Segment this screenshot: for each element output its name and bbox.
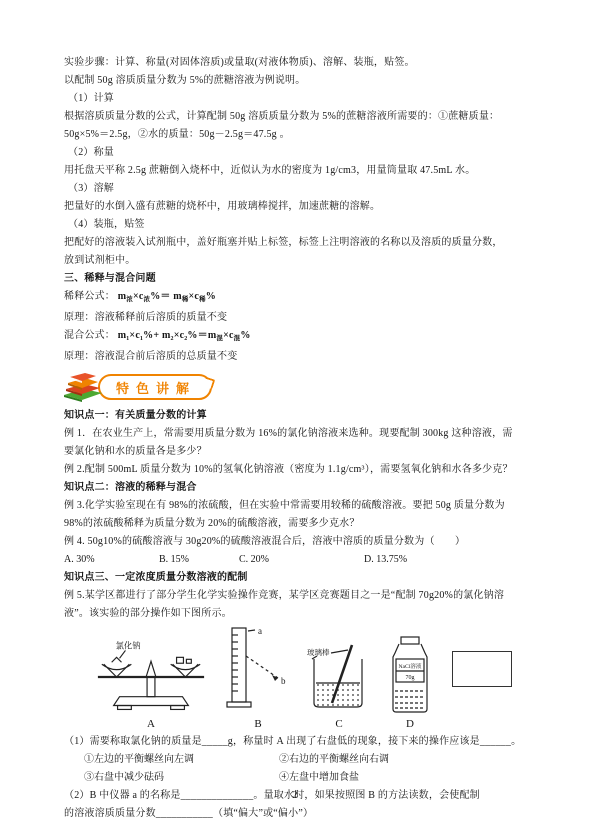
step-dissolve-title: （3）溶解	[64, 180, 544, 198]
example2-text: 例 2.配制 500mL 质量分数为 10%的氢氧化钠溶液（密度为 1.1g/c…	[64, 461, 544, 479]
option-d: D. 13.75%	[364, 551, 407, 569]
dilution-principle-text: 原理：溶液稀释前后溶质的质量不变	[64, 309, 544, 327]
step-calc-text-2: 50g×5%＝2.5g，②水的质量：50g－2.5g＝47.5g 。	[64, 126, 544, 144]
dilution-formula: m浓×c浓%＝ m稀×c稀%	[118, 291, 216, 302]
figure-letter-d: D	[406, 718, 414, 731]
books-icon	[62, 371, 104, 403]
svg-text:玻璃棒: 玻璃棒	[307, 647, 330, 657]
q1-option-2: ②右边的平衡螺丝向右调	[279, 751, 389, 769]
section-dilution-heading: 三、稀释与混合问题	[64, 270, 544, 288]
example4-text: 例 4. 50g10%的硫酸溶液与 30g20%的硫酸溶液混合后，溶液中溶质的质…	[64, 533, 544, 551]
figure-cylinder: a b B	[222, 623, 294, 731]
question1-options-row2: ③右盘中减少砝码④左盘中增加食盐	[64, 769, 544, 787]
step-weigh-text: 用托盘天平称 2.5g 蔗糖倒入烧杯中，近似认为水的密度为 1g/cm3，用量筒…	[64, 162, 544, 180]
step-calc-title: （1）计算	[64, 90, 544, 108]
example5-text-1: 例 5.某学区都进行了部分学生化学实验操作竞赛，某学区竞赛题目之一是“配制 70…	[64, 587, 544, 605]
question2-text-2: 的溶液溶质质量分数___________（填“偏大”或“偏小”）	[64, 805, 544, 823]
option-b: B. 15%	[159, 551, 239, 569]
option-c: C. 20%	[239, 551, 364, 569]
q1-option-4: ④左盘中增加食盐	[279, 769, 359, 787]
experiment-steps-text: 实验步骤：计算、称量(对固体溶质)或量取(对液体物质)、溶解、装瓶，贴签。	[64, 54, 544, 72]
figure-letter-a: A	[147, 718, 155, 731]
feature-banner-label: 特色讲解	[116, 378, 196, 397]
feature-banner-pill: 特色讲解	[98, 374, 212, 400]
example1-text-1: 例 1．在农业生产上，常需要用质量分数为 16%的氯化钠溶液来选种。现要配制 3…	[64, 425, 544, 443]
example5-text-2: 液”。该实验的部分操作如下图所示。	[64, 605, 544, 623]
figure-bottle: NaCl溶液 70g D	[384, 635, 436, 731]
step-bottle-title: （4）装瓶，贴签	[64, 216, 544, 234]
option-a: A. 30%	[64, 551, 159, 569]
dilution-formula-label: 稀释公式：	[64, 291, 115, 302]
q1-option-3: ③右盘中减少砝码	[84, 769, 279, 787]
example4-options: A. 30%B. 15%C. 20%D. 13.75%	[64, 551, 544, 569]
step-bottle-text-2: 放到试剂柜中。	[64, 252, 544, 270]
dilution-formula-line: 稀释公式： m浓×c浓%＝ m稀×c稀%	[64, 288, 544, 309]
kp2-heading: 知识点二：溶液的稀释与混合	[64, 479, 544, 497]
svg-text:a: a	[258, 626, 262, 636]
apparatus-figure: 氯化钠	[92, 629, 544, 731]
beaker-with-rod-icon: 玻璃棒	[306, 643, 372, 717]
kp3-heading: 知识点三、一定浓度质量分数溶液的配制	[64, 569, 544, 587]
q1-option-1: ①左边的平衡螺丝向左调	[84, 751, 279, 769]
figure-letter-c: C	[335, 718, 342, 731]
figure-letter-b: B	[254, 718, 261, 731]
question1-text: （1）需要称取氯化钠的质量是_____g，称量时 A 出现了右盘低的现象，接下来…	[64, 733, 544, 751]
svg-text:b: b	[281, 676, 286, 686]
figure-beaker: 玻璃棒 C	[306, 643, 372, 731]
kp1-heading: 知识点一：有关质量分数的计算	[64, 407, 544, 425]
mixing-formula-line: 混合公式： m₁×c₁%+ m₂×c₂%＝m混×c混%	[64, 327, 544, 348]
experiment-example-text: 以配制 50g 溶质质量分数为 5%的蔗糖溶液为例说明。	[64, 72, 544, 90]
page-number: 2	[0, 790, 590, 801]
reagent-bottle-icon: NaCl溶液 70g	[384, 635, 436, 717]
step-weigh-title: （2）称量	[64, 144, 544, 162]
feature-banner: 特色讲解	[62, 370, 544, 404]
mixing-formula: m₁×c₁%+ m₂×c₂%＝m混×c混%	[118, 330, 251, 341]
step-bottle-text-1: 把配好的溶液装入试剂瓶中，盖好瓶塞并贴上标签，标签上注明溶液的名称以及溶质的质量…	[64, 234, 544, 252]
example3-text-1: 例 3.化学实验室现在有 98%的浓硫酸，但在实验中常需要用较稀的硫酸溶液。要把…	[64, 497, 544, 515]
document-page: 实验步骤：计算、称量(对固体溶质)或量取(对液体物质)、溶解、装瓶，贴签。 以配…	[0, 0, 590, 837]
mixing-principle-text: 原理：溶液混合前后溶质的总质量不变	[64, 348, 544, 366]
svg-text:氯化钠: 氯化钠	[116, 640, 141, 650]
measuring-cylinder-icon: a b	[222, 623, 294, 717]
blank-label-box	[452, 651, 512, 687]
balance-icon: 氯化钠	[92, 637, 210, 717]
example3-text-2: 98%的浓硫酸稀释为质量分数为 20%的硫酸溶液，需要多少克水？	[64, 515, 544, 533]
mixing-formula-label: 混合公式：	[64, 330, 115, 341]
step-dissolve-text: 把量好的水倒入盛有蔗糖的烧杯中，用玻璃棒搅拌，加速蔗糖的溶解。	[64, 198, 544, 216]
svg-text:70g: 70g	[406, 675, 415, 681]
question1-options-row1: ①左边的平衡螺丝向左调②右边的平衡螺丝向右调	[64, 751, 544, 769]
figure-balance: 氯化钠	[92, 637, 210, 731]
step-calc-text-1: 根据溶质质量分数的公式，计算配制 50g 溶质质量分数为 5%的蔗糖溶液所需要的…	[64, 108, 544, 126]
example1-text-2: 要氯化钠和水的质量各是多少？	[64, 443, 544, 461]
svg-text:NaCl溶液: NaCl溶液	[399, 662, 422, 670]
